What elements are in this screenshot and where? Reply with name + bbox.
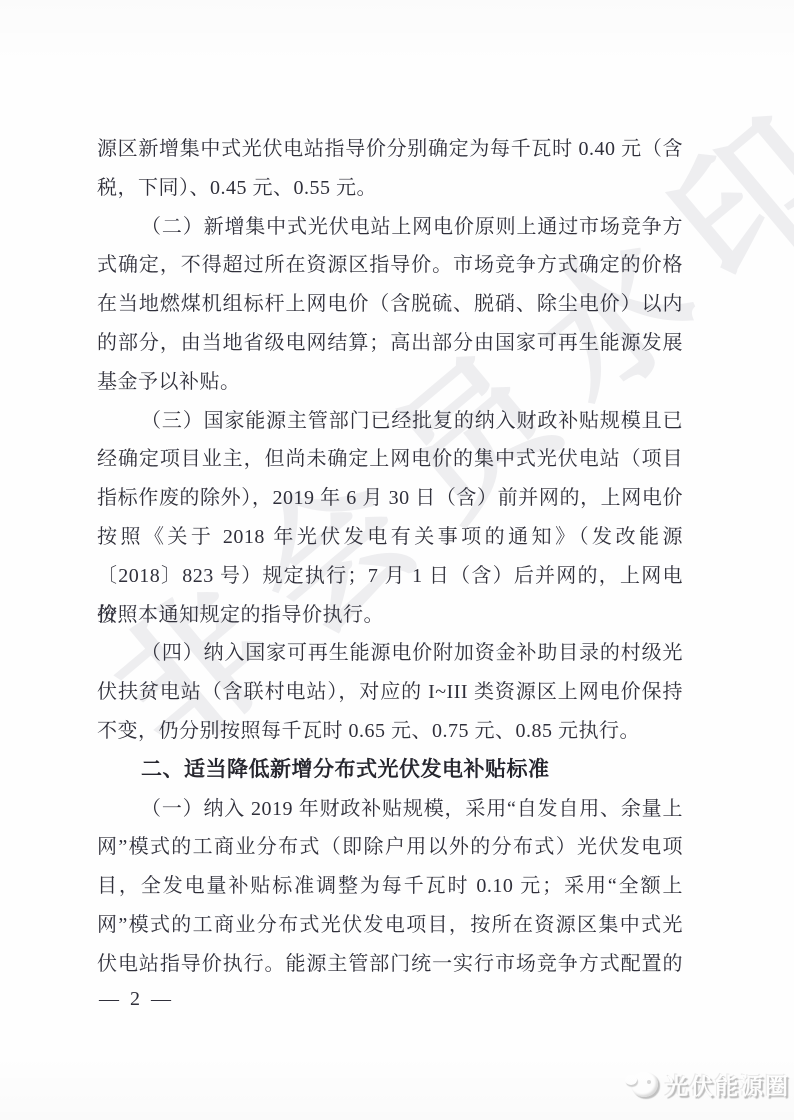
text-line: （一）纳入 2019 年财政补贴规模，采用“自发自用、余量上 <box>97 790 683 829</box>
brand-label: 光伏能源圈 <box>665 1068 790 1101</box>
text-line: 指标作废的除外），2019 年 6 月 30 日（含）前并网的，上网电价 <box>97 479 683 518</box>
text-line: 〔2018〕823 号）规定执行；7 月 1 日（含）后并网的，上网电价 <box>97 557 683 596</box>
text-line: 按照《关于 2018 年光伏发电有关事项的通知》（发改能源 <box>97 518 683 557</box>
text-line: 伏扶贫电站（含联村电站），对应的 I~III 类资源区上网电价保持 <box>97 673 683 712</box>
page-number: — 2 — <box>99 988 174 1011</box>
text-line: 网”模式的工商业分布式（即除户用以外的分布式）光伏发电项 <box>97 828 683 867</box>
text-line: 伏电站指导价执行。能源主管部门统一实行市场竞争方式配置的 <box>97 945 683 984</box>
text-line: 网”模式的工商业分布式光伏发电项目，按所在资源区集中式光 <box>97 906 683 945</box>
scanned-document-page: 非会员水印 源区新增集中式光伏电站指导价分别确定为每千瓦时 0.40 元（含 税… <box>0 0 794 1120</box>
document-body: 源区新增集中式光伏电站指导价分别确定为每千瓦时 0.40 元（含 税，下同）、0… <box>97 130 683 984</box>
brand-watermark: 光伏能源圈 <box>631 1068 790 1101</box>
text-line: 经确定项目业主，但尚未确定上网电价的集中式光伏电站（项目 <box>97 440 683 479</box>
text-line: 在当地燃煤机组标杆上网电价（含脱硫、脱硝、除尘电价）以内 <box>97 285 683 324</box>
text-line: 按照本通知规定的指导价执行。 <box>97 596 683 635</box>
section-heading: 二、适当降低新增分布式光伏发电补贴标准 <box>97 751 683 790</box>
bird-logo-icon <box>631 1072 658 1097</box>
text-line: （四）纳入国家可再生能源电价附加资金补助目录的村级光 <box>97 634 683 673</box>
text-line: （三）国家能源主管部门已经批复的纳入财政补贴规模且已 <box>97 402 683 441</box>
text-line: 目，全发电量补贴标准调整为每千瓦时 0.10 元；采用“全额上 <box>97 867 683 906</box>
text-line: 不变，仍分别按照每千瓦时 0.65 元、0.75 元、0.85 元执行。 <box>97 712 683 751</box>
text-line: 源区新增集中式光伏电站指导价分别确定为每千瓦时 0.40 元（含 <box>97 130 683 169</box>
text-line: 式确定，不得超过所在资源区指导价。市场竞争方式确定的价格 <box>97 246 683 285</box>
text-line: 税，下同）、0.45 元、0.55 元。 <box>97 169 683 208</box>
text-line: （二）新增集中式光伏电站上网电价原则上通过市场竞争方 <box>97 208 683 247</box>
text-line: 的部分，由当地省级电网结算；高出部分由国家可再生能源发展 <box>97 324 683 363</box>
text-line: 基金予以补贴。 <box>97 363 683 402</box>
